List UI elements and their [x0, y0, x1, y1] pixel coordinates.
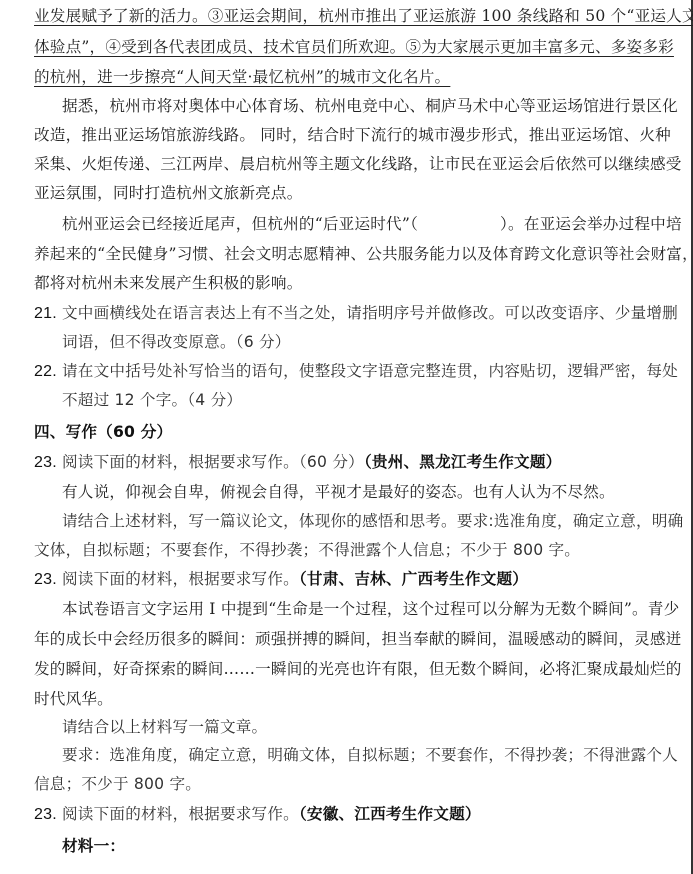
writing-instruction: 请结合以上材料写一篇文章。 [62, 717, 267, 737]
writing-requirement-line: 文体，自拟标题；不要套作，不得抄袭；不得泄露个人信息；不少于 800 字。 [34, 540, 580, 560]
question-21-continuation: 词语，但不得改变原意。（6 分） [62, 332, 291, 352]
passage-underlined-line: 的杭州，进一步擦亮“人间天堂·最忆杭州”的城市文化名片。 [34, 67, 450, 87]
text-after-blank: ）。在亚运会举办过程中培 [500, 215, 682, 233]
writing-material-line: 本试卷语言文字运用 Ⅰ 中提到“生命是一个过程，这个过程可以分解为无数个瞬间”。… [62, 599, 679, 619]
writing-requirement-line: 要求：选准角度，确定立意，明确文体，自拟标题；不要套作，不得抄袭；不得泄露个人 [62, 745, 678, 765]
passage-paragraph-line: 亚运氛围，同时打造杭州文旅新亮点。 [34, 183, 303, 203]
writing-material-line: 发的瞬间，好奇探索的瞬间……一瞬间的光亮也许有限，但无数个瞬间，必将汇聚成最灿烂… [34, 659, 682, 679]
exam-page: 业发展赋予了新的活力。③亚运会期间，杭州市推出了亚运旅游 100 条线路和 50… [0, 0, 693, 874]
passage-paragraph-line: 据悉，杭州市将对奥体中心体育场、杭州电竞中心、桐庐马术中心等亚运场馆进行景区化 [62, 96, 678, 116]
question-number: 21. [34, 305, 57, 322]
question-number: 22. [34, 363, 57, 380]
section-heading-writing: 四、写作（60 分） [34, 422, 172, 442]
question-21: 21. 文中画横线处在语言表达上有不当之处，请指明序号并做修改。可以改变语序、少… [34, 303, 678, 324]
question-prompt: 阅读下面的材料，根据要求写作。（60 分） [62, 453, 364, 471]
passage-paragraph-line: 采集、火炬传递、三江两岸、晨启杭州等主题文化线路，让市民在亚运会后依然可以继续感… [34, 154, 682, 174]
question-region: （贵州、黑龙江考生作文题） [364, 453, 562, 471]
question-region: （甘肃、吉林、广西考生作文题） [299, 570, 528, 588]
writing-question-3: 23. 阅读下面的材料，根据要求写作。（安徽、江西考生作文题） [34, 804, 481, 825]
writing-material-line: 有人说，仰视会自卑，俯视会自得，平视才是最好的姿态。也有人认为不尽然。 [62, 482, 615, 502]
passage-paragraph-line: 杭州亚运会已经接近尾声，但杭州的“后亚运时代”（）。在亚运会举办过程中培 [62, 214, 682, 234]
writing-requirement-line: 信息；不少于 800 字。 [34, 774, 201, 794]
writing-material-line: 时代风华。 [34, 689, 113, 709]
question-prompt: 阅读下面的材料，根据要求写作。 [62, 570, 299, 588]
writing-question-2: 23. 阅读下面的材料，根据要求写作。（甘肃、吉林、广西考生作文题） [34, 569, 528, 590]
passage-underlined-line: 体验点”，④受到各代表团成员、技术官员们所欢迎。⑤为大家展示更加丰富多元、多姿多… [34, 37, 674, 57]
passage-paragraph-line: 都将对杭州未来发展产生积极的影响。 [34, 273, 303, 293]
question-number: 23. [34, 806, 57, 823]
question-number: 23. [34, 571, 57, 588]
question-22-continuation: 不超过 12 个字。（4 分） [62, 390, 242, 410]
passage-underlined-line: 业发展赋予了新的活力。③亚运会期间，杭州市推出了亚运旅游 100 条线路和 50… [34, 6, 693, 26]
question-text: 文中画横线处在语言表达上有不当之处，请指明序号并做修改。可以改变语序、少量增删 [62, 304, 678, 322]
question-region: （安徽、江西考生作文题） [299, 805, 481, 823]
writing-question-1: 23. 阅读下面的材料，根据要求写作。（60 分）（贵州、黑龙江考生作文题） [34, 452, 561, 473]
writing-material-line: 年的成长中会经历很多的瞬间：顽强拼搏的瞬间，担当奉献的瞬间，温暖感动的瞬间，灵感… [34, 629, 682, 649]
writing-requirement-line: 请结合上述材料，写一篇议论文，体现你的感悟和思考。要求:选准角度，确定立意，明确 [62, 511, 683, 531]
material-label: 材料一： [62, 836, 125, 856]
text-before-blank: 杭州亚运会已经接近尾声，但杭州的“后亚运时代”（ [62, 215, 418, 233]
question-number: 23. [34, 454, 57, 471]
question-text: 请在文中括号处补写恰当的语句，使整段文字语意完整连贯，内容贴切，逻辑严密，每处 [62, 362, 678, 380]
question-22: 22. 请在文中括号处补写恰当的语句，使整段文字语意完整连贯，内容贴切，逻辑严密… [34, 361, 678, 382]
passage-paragraph-line: 养起来的“全民健身”习惯、社会文明志愿精神、公共服务能力以及体育跨文化意识等社会… [34, 244, 693, 264]
passage-paragraph-line: 改造，推出亚运场馆旅游线路。 同时，结合时下流行的城市漫步形式，推出亚运场馆、火… [34, 125, 671, 145]
question-prompt: 阅读下面的材料，根据要求写作。 [62, 805, 299, 823]
